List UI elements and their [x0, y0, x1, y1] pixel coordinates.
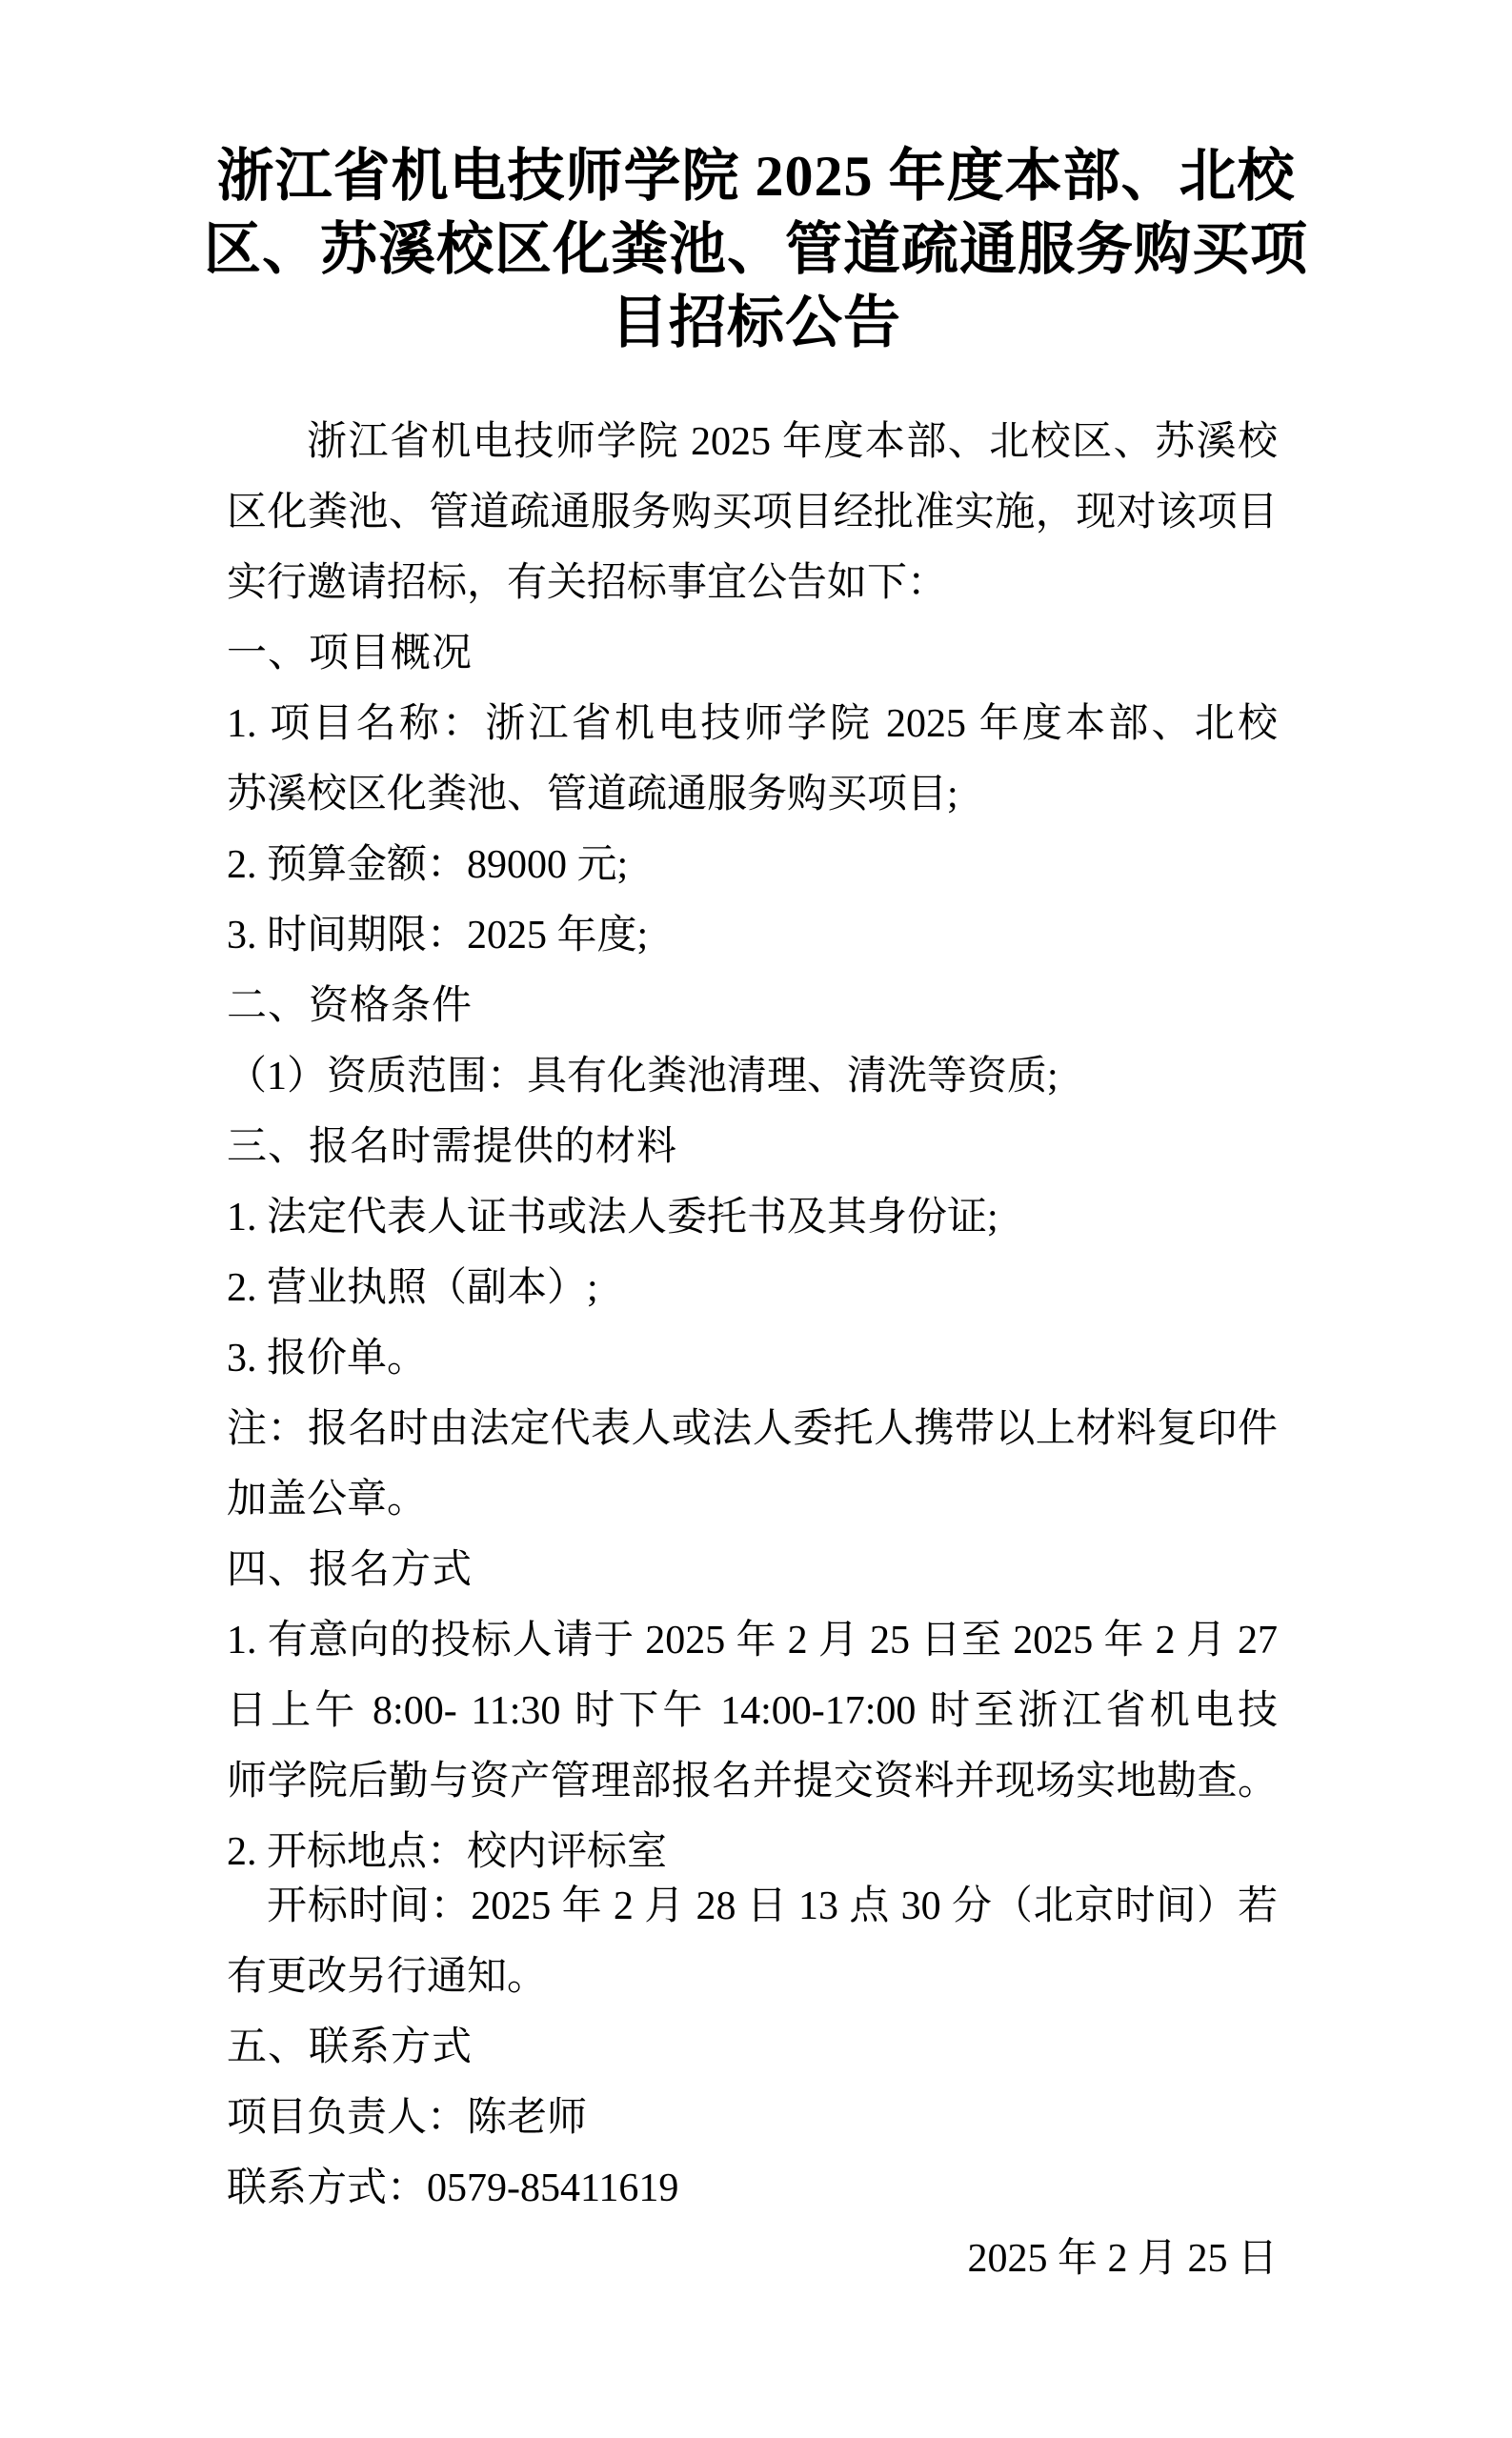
document-line: 注：报名时由法定代表人或法人委托人携带以上材料复印件	[227, 1394, 1278, 1464]
document-line: 1. 项目名称：浙江省机电技师学院 2025 年度本部、北校区、	[227, 689, 1278, 759]
document-line: 浙江省机电技师学院 2025 年度本部、北校区、苏溪校	[227, 407, 1278, 477]
section-heading: 五、联系方式	[227, 2012, 1278, 2083]
document-line: 开标时间：2025 年 2 月 28 日 13 点 30 分（北京时间）若	[227, 1871, 1278, 1942]
section-heading: 三、报名时需提供的材料	[227, 1112, 1278, 1182]
document-line: 3. 报价单。	[227, 1323, 1278, 1394]
document-line: 2. 预算金额：89000 元;	[227, 830, 1278, 900]
section-heading: 二、资格条件	[227, 971, 1278, 1041]
document-line: 加盖公章。	[227, 1464, 1278, 1535]
document-line: 实行邀请招标，有关招标事宜公告如下：	[227, 548, 1278, 618]
document-line: 区化粪池、管道疏通服务购买项目经批准实施，现对该项目	[227, 477, 1278, 548]
document-body: 浙江省机电技师学院 2025 年度本部、北校区、苏溪校区化粪池、管道疏通服务购买…	[227, 407, 1278, 2224]
title-line-1: 浙江省机电技师学院 2025 年度本部、北校	[0, 140, 1512, 213]
document-line: 1. 法定代表人证书或法人委托书及其身份证;	[227, 1182, 1278, 1253]
document-line: 苏溪校区化粪池、管道疏通服务购买项目;	[227, 759, 1278, 830]
document-line: 2. 营业执照（副本）;	[227, 1253, 1278, 1323]
title-line-3: 目招标公告	[0, 287, 1512, 360]
section-heading: 四、报名方式	[227, 1535, 1278, 1605]
section-heading: 一、项目概况	[227, 618, 1278, 689]
document-line: 师学院后勤与资产管理部报名并提交资料并现场实地勘查。	[227, 1746, 1278, 1817]
document-line: 1. 有意向的投标人请于 2025 年 2 月 25 日至 2025 年 2 月…	[227, 1605, 1278, 1676]
document-page: 浙江省机电技师学院 2025 年度本部、北校 区、苏溪校区化粪池、管道疏通服务购…	[0, 0, 1512, 2438]
document-date: 2025 年 2 月 25 日	[227, 2224, 1278, 2294]
document-line: 3. 时间期限：2025 年度;	[227, 900, 1278, 971]
document-line: 有更改另行通知。	[227, 1942, 1278, 2012]
document-line: （1）资质范围：具有化粪池清理、清洗等资质;	[227, 1041, 1278, 1112]
title-line-2: 区、苏溪校区化粪池、管道疏通服务购买项	[0, 213, 1512, 287]
document-title: 浙江省机电技师学院 2025 年度本部、北校 区、苏溪校区化粪池、管道疏通服务购…	[0, 0, 1512, 360]
document-line: 项目负责人：陈老师	[227, 2083, 1278, 2153]
document-line: 联系方式：0579-85411619	[227, 2153, 1278, 2224]
document-line: 日上午 8:00- 11:30 时下午 14:00-17:00 时至浙江省机电技	[227, 1676, 1278, 1746]
